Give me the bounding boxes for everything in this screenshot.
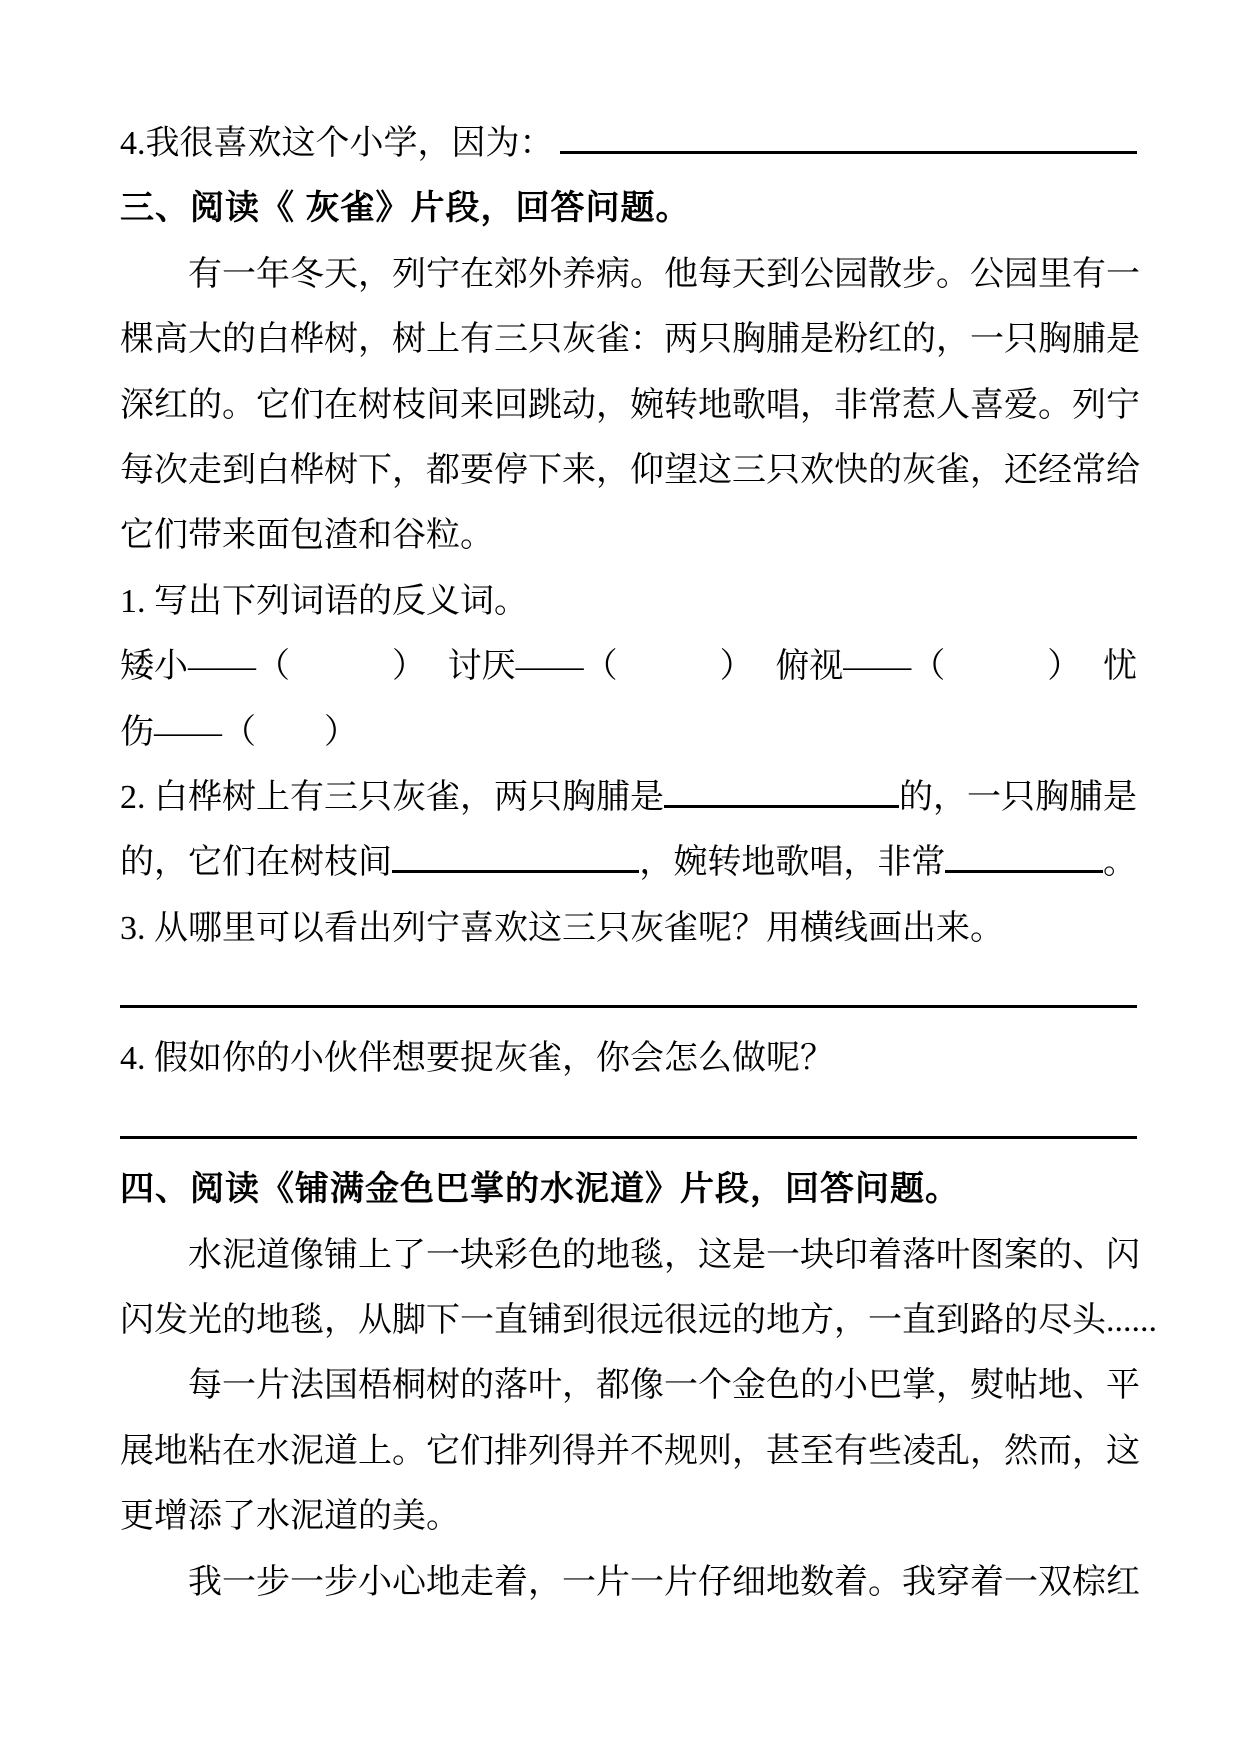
passage-line: 它们带来面包渣和谷粒。 <box>120 503 1137 568</box>
passage-line: 闪发光的地毯，从脚下一直铺到很远很远的地方，一直到路的尽头...... <box>120 1288 1137 1353</box>
answer-writing-line <box>120 1005 1137 1008</box>
passage-line: 每次走到白桦树下，都要停下来，仰望这三只欢快的灰雀，还经常给 <box>120 438 1137 503</box>
intro-question-4: 4.我很喜欢这个小学，因为： <box>120 111 1137 176</box>
answer-line-slot <box>120 1092 1137 1157</box>
antonym-item: 忧 <box>1103 634 1137 699</box>
passage-line: 我一步一步小心地走着，一片一片仔细地数着。我穿着一双棕红 <box>120 1550 1137 1615</box>
question-text-segment: ，婉转地歌唱，非常 <box>639 830 945 895</box>
antonym-row-1: 矮小——（ ） 讨厌——（ ） 俯视——（ ） 忧 <box>120 634 1137 699</box>
question-text-segment: 的，一只胸脯是 <box>899 765 1137 830</box>
passage-line: 深红的。它们在树枝间来回跳动，婉转地歌唱，非常惹人喜爱。列宁 <box>120 373 1137 438</box>
fill-in-blank-line <box>945 870 1103 873</box>
question-1-label: 1. 写出下列词语的反义词。 <box>120 569 1137 634</box>
fill-in-blank-line <box>560 151 1138 154</box>
section-three-heading: 三、阅读《 灰雀》片段，回答问题。 <box>120 176 1137 241</box>
passage-line: 有一年冬天，列宁在郊外养病。他每天到公园散步。公园里有一 <box>120 242 1137 307</box>
section-four-heading: 四、阅读《铺满金色巴掌的水泥道》片段，回答问题。 <box>120 1157 1137 1222</box>
question-text-segment: 。 <box>1103 830 1137 895</box>
passage-line: 展地粘在水泥道上。它们排列得并不规则，甚至有些凌乱，然而，这 <box>120 1419 1137 1484</box>
fill-in-blank-line <box>392 870 639 873</box>
passage-line: 每一片法国梧桐树的落叶，都像一个金色的小巴掌，熨帖地、平 <box>120 1353 1137 1418</box>
antonym-item: 俯视——（ ） <box>775 634 1081 699</box>
question-2-line-2: 的，它们在树枝间 ，婉转地歌唱，非常 。 <box>120 830 1137 895</box>
passage-line: 更增添了水泥道的美。 <box>120 1484 1137 1549</box>
passage-line: 水泥道像铺上了一块彩色的地毯，这是一块印着落叶图案的、闪 <box>120 1223 1137 1288</box>
antonym-item: 讨厌——（ ） <box>448 634 754 699</box>
passage-line: 棵高大的白桦树，树上有三只灰雀：两只胸脯是粉红的，一只胸脯是 <box>120 307 1137 372</box>
question-4-label: 4. 假如你的小伙伴想要捉灰雀，你会怎么做呢？ <box>120 1026 1137 1091</box>
question-3-label: 3. 从哪里可以看出列宁喜欢这三只灰雀呢？用横线画出来。 <box>120 896 1137 961</box>
intro-question-4-label: 4.我很喜欢这个小学，因为： <box>120 111 554 176</box>
question-2-line-1: 2. 白桦树上有三只灰雀，两只胸脯是 的，一只胸脯是 <box>120 765 1137 830</box>
answer-line-slot <box>120 961 1137 1026</box>
question-text-segment: 2. 白桦树上有三只灰雀，两只胸脯是 <box>120 765 664 830</box>
fill-in-blank-line <box>664 805 899 808</box>
antonym-item: 矮小——（ ） <box>120 634 426 699</box>
worksheet-page: 4.我很喜欢这个小学，因为： 三、阅读《 灰雀》片段，回答问题。 有一年冬天，列… <box>0 0 1241 1754</box>
answer-writing-line <box>120 1136 1137 1139</box>
question-text-segment: 的，它们在树枝间 <box>120 830 392 895</box>
antonym-row-2: 伤——（ ） <box>120 700 1137 765</box>
